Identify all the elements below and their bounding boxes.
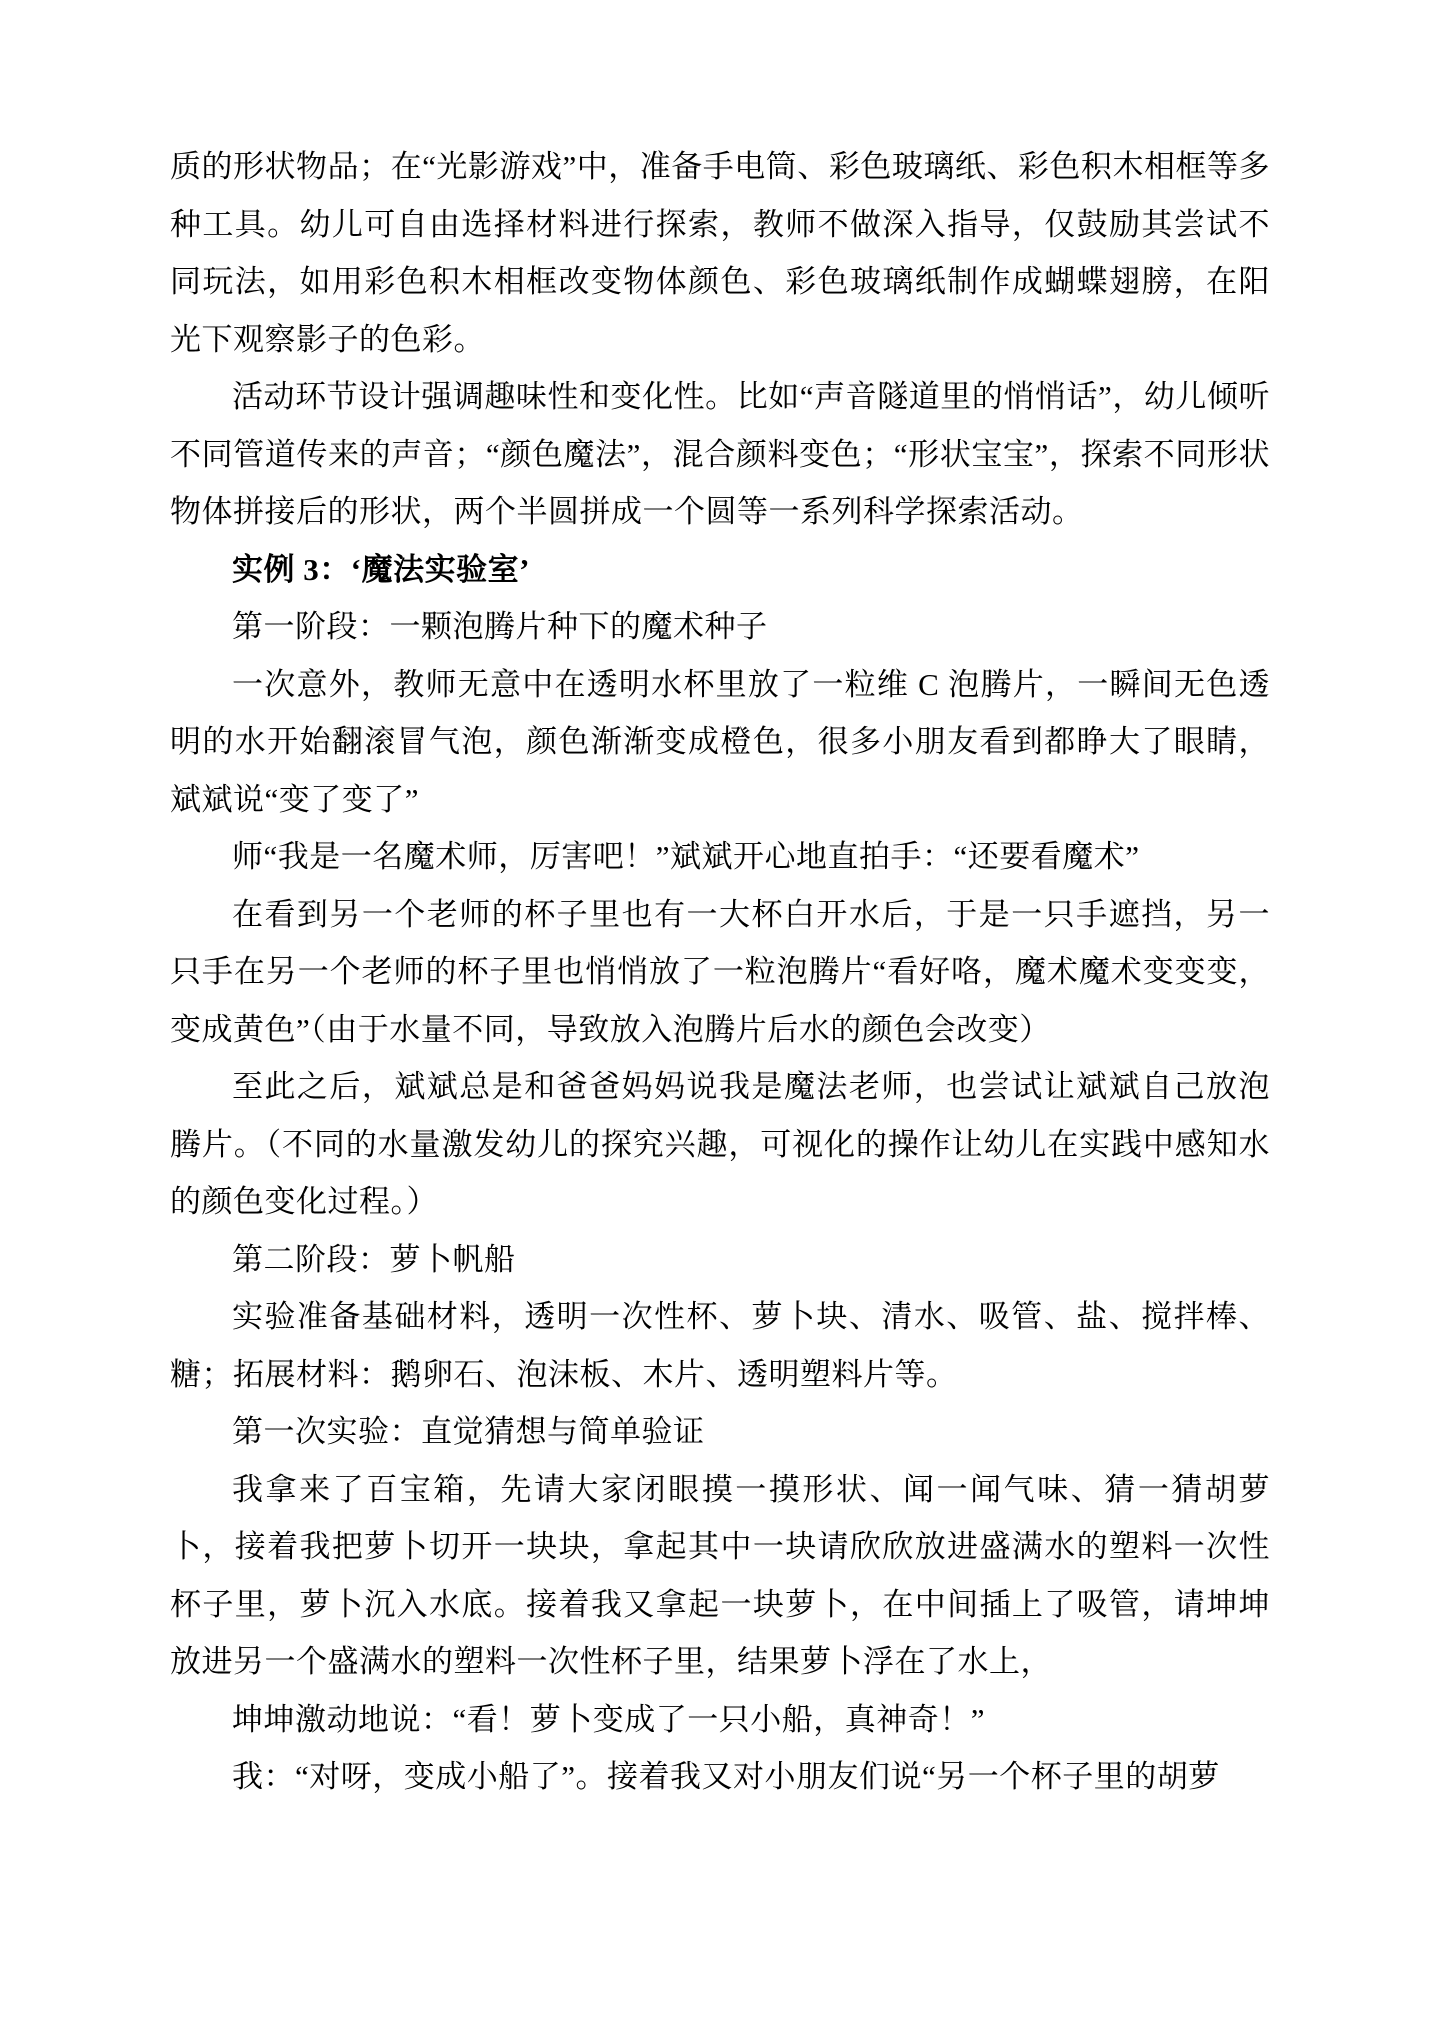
paragraph: 坤坤激动地说：“看！萝卜变成了一只小船，真神奇！” — [170, 1691, 1270, 1749]
paragraph: 至此之后，斌斌总是和爸爸妈妈说我是魔法老师，也尝试让斌斌自己放泡腾片。（不同的水… — [170, 1058, 1270, 1231]
section-heading: 实例 3：‘魔法实验室’ — [170, 541, 1270, 599]
paragraph: 第二阶段：萝卜帆船 — [170, 1231, 1270, 1289]
paragraph: 实验准备基础材料，透明一次性杯、萝卜块、清水、吸管、盐、搅拌棒、糖；拓展材料：鹅… — [170, 1288, 1270, 1403]
paragraph: 师“我是一名魔术师，厉害吧！”斌斌开心地直拍手：“还要看魔术” — [170, 828, 1270, 886]
paragraph: 第一次实验：直觉猜想与简单验证 — [170, 1403, 1270, 1461]
document-page: 质的形状物品；在“光影游戏”中，准备手电筒、彩色玻璃纸、彩色积木相框等多种工具。… — [0, 0, 1438, 2034]
paragraph: 一次意外，教师无意中在透明水杯里放了一粒维 C 泡腾片，一瞬间无色透明的水开始翻… — [170, 656, 1270, 829]
paragraph: 我拿来了百宝箱，先请大家闭眼摸一摸形状、闻一闻气味、猜一猜胡萝卜，接着我把萝卜切… — [170, 1461, 1270, 1691]
paragraph: 质的形状物品；在“光影游戏”中，准备手电筒、彩色玻璃纸、彩色积木相框等多种工具。… — [170, 138, 1270, 368]
document-body: 质的形状物品；在“光影游戏”中，准备手电筒、彩色玻璃纸、彩色积木相框等多种工具。… — [170, 138, 1270, 1806]
paragraph: 我：“对呀，变成小船了”。接着我又对小朋友们说“另一个杯子里的胡萝 — [170, 1748, 1270, 1806]
paragraph: 活动环节设计强调趣味性和变化性。比如“声音隧道里的悄悄话”，幼儿倾听不同管道传来… — [170, 368, 1270, 541]
paragraph: 在看到另一个老师的杯子里也有一大杯白开水后，于是一只手遮挡，另一只手在另一个老师… — [170, 886, 1270, 1059]
paragraph: 第一阶段：一颗泡腾片种下的魔术种子 — [170, 598, 1270, 656]
